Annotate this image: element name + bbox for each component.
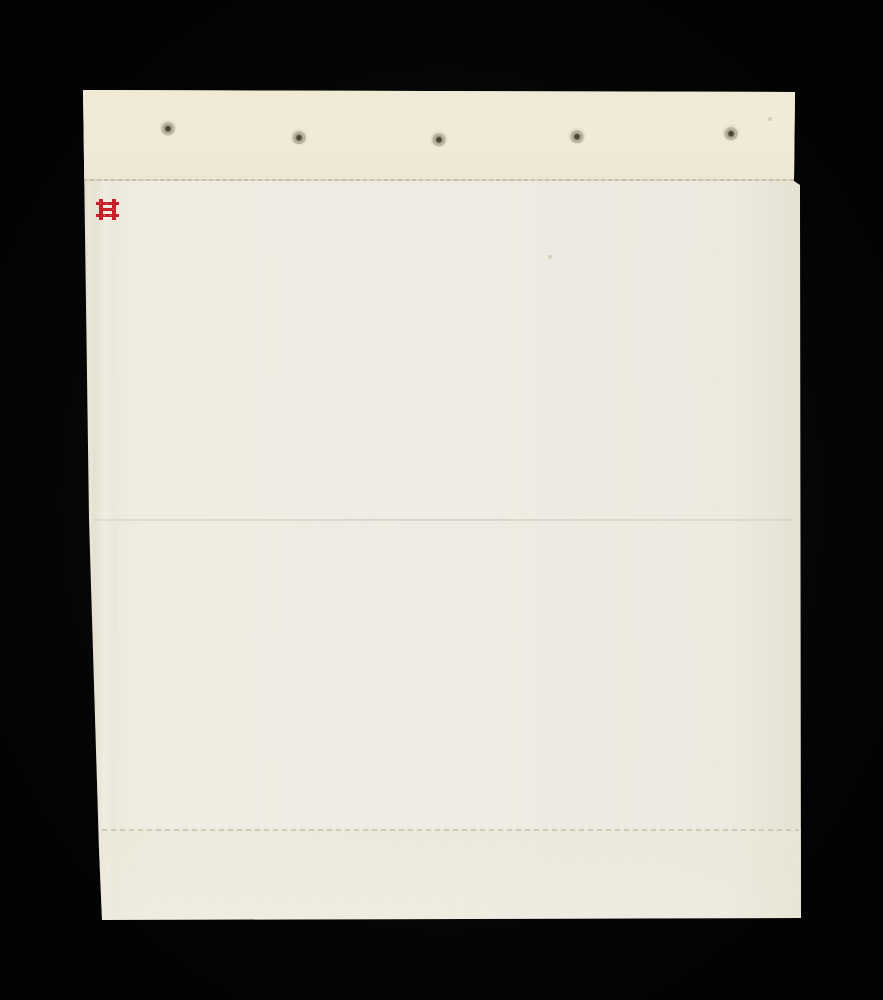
grommet-4 <box>570 129 584 143</box>
grommet-1 <box>161 121 175 135</box>
horizontal-fold-line <box>93 519 793 521</box>
small-stain <box>548 255 552 259</box>
small-stain <box>768 117 772 121</box>
grommet-3 <box>432 132 446 146</box>
grommet-5 <box>724 126 738 140</box>
monogram-h-icon <box>96 197 119 221</box>
bottom-hem <box>83 829 803 920</box>
linen-bag <box>83 89 803 920</box>
grommet-2 <box>292 130 306 144</box>
